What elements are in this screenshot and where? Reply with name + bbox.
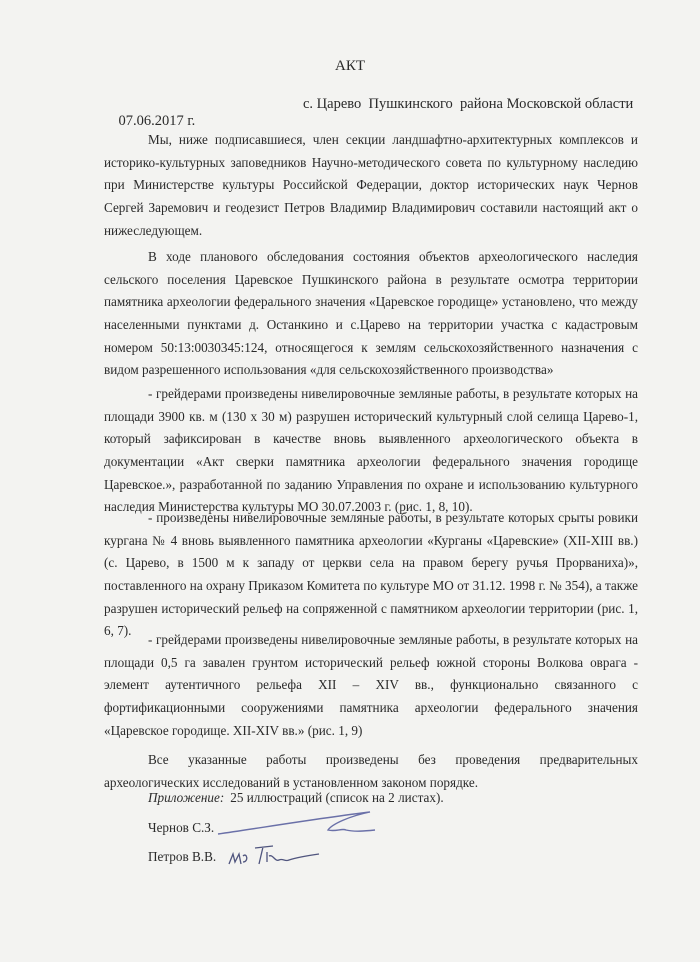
document-place: с. Царево Пушкинского района Московской … — [303, 96, 633, 113]
attachment-label: Приложение: — [148, 790, 224, 805]
document-page: АКТ 07.06.2017 г. с. Царево Пушкинского … — [0, 0, 700, 962]
attachment-text: 25 иллюстраций (список на 2 листах). — [230, 790, 443, 805]
document-date: 07.06.2017 г. — [119, 113, 196, 129]
signature-petrov — [225, 842, 325, 870]
document-title: АКТ — [0, 58, 700, 75]
intro-paragraph: Мы, ниже подписавшиеся, член секции ланд… — [104, 129, 638, 242]
findings-paragraph: В ходе планового обследования состояния … — [104, 246, 638, 382]
signature-chernov — [210, 808, 380, 838]
finding-item-2: - произведены нивелировочные земляные ра… — [104, 507, 638, 643]
signer-name-2: Петров В.В. — [148, 849, 216, 865]
attachment-note: Приложение:25 иллюстраций (список на 2 л… — [148, 790, 444, 806]
finding-item-3: - грейдерами произведены нивелировочные … — [104, 629, 638, 742]
signer-name-1: Чернов С.З. — [148, 820, 214, 836]
conclusion-paragraph: Все указанные работы произведены без про… — [104, 749, 638, 794]
finding-item-1: - грейдерами произведены нивелировочные … — [104, 383, 638, 519]
